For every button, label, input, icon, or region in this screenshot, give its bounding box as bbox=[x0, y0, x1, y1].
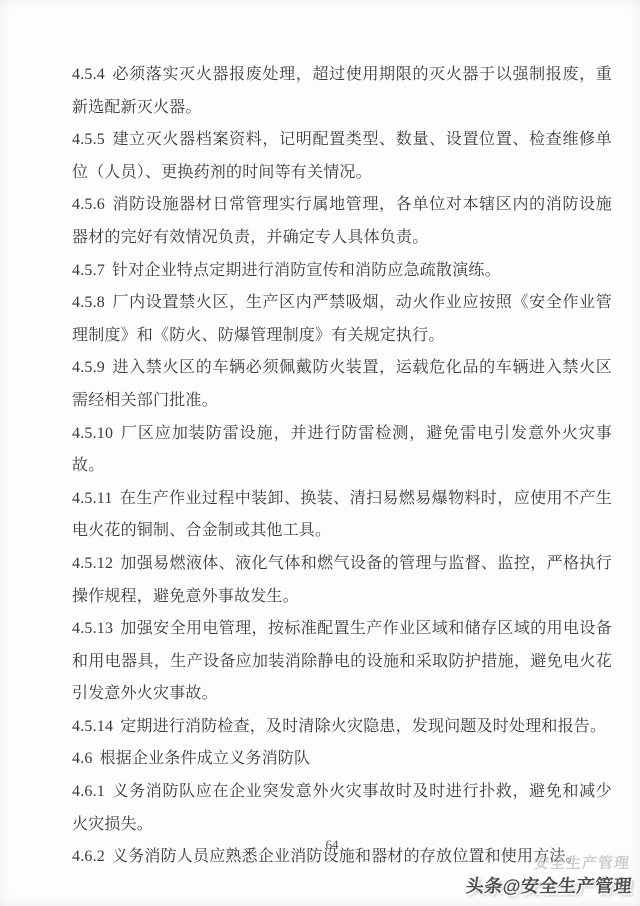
clause-number: 4.5.6 bbox=[72, 196, 105, 213]
clause-number: 4.5.13 bbox=[72, 620, 113, 637]
clause-paragraph: 4.5.7针对企业特点定期进行消防宣传和消防应急疏散演练。 bbox=[72, 255, 612, 288]
clause-number: 4.5.11 bbox=[72, 490, 113, 507]
clause-text: 厂区应加装防雷设施，并进行防雷检测，避免雷电引发意外火灾事故。 bbox=[72, 425, 612, 475]
clause-number: 4.5.8 bbox=[72, 294, 105, 311]
document-body: 4.5.4必须落实灭火器报废处理，超过使用期限的灭火器于以强制报废，重新选配新灭… bbox=[72, 59, 612, 874]
clause-text: 消防设施器材日常管理实行属地管理，各单位对本辖区内的消防设施器材的完好有效情况负… bbox=[72, 196, 612, 246]
clause-text: 进入禁火区的车辆必须佩戴防火装置，运载危化品的车辆进入禁火区需经相关部门批准。 bbox=[72, 359, 612, 409]
document-page: 4.5.4必须落实灭火器报废处理，超过使用期限的灭火器于以强制报废，重新选配新灭… bbox=[0, 0, 640, 906]
clause-number: 4.5.5 bbox=[72, 131, 105, 148]
clause-number: 4.6.1 bbox=[72, 783, 105, 800]
clause-number: 4.5.12 bbox=[72, 555, 113, 572]
clause-paragraph: 4.5.4必须落实灭火器报废处理，超过使用期限的灭火器于以强制报废，重新选配新灭… bbox=[72, 59, 612, 124]
clause-paragraph: 4.6.1义务消防队应在企业突发意外火灾事故时及时进行扑救，避免和减少火灾损失。 bbox=[72, 776, 612, 841]
clause-text: 加强安全用电管理，按标准配置生产作业区域和储存区域的用电设备和用电器具，生产设备… bbox=[72, 620, 612, 702]
clause-number: 4.5.14 bbox=[72, 718, 113, 735]
clause-text: 厂内设置禁火区，生产区内严禁吸烟，动火作业应按照《安全作业管理制度》和《防火、防… bbox=[72, 294, 612, 344]
clause-text: 义务消防人员应熟悉企业消防设施和器材的存放位置和使用方法。 bbox=[112, 848, 582, 865]
clause-paragraph: 4.5.9进入禁火区的车辆必须佩戴防火装置，运载危化品的车辆进入禁火区需经相关部… bbox=[72, 352, 612, 417]
clause-number: 4.6 bbox=[72, 750, 93, 767]
clause-text: 建立灭火器档案资料，记明配置类型、数量、设置位置、检查维修单位（人员）、更换药剂… bbox=[72, 131, 612, 181]
clause-number: 4.5.10 bbox=[72, 425, 113, 442]
clause-paragraph: 4.5.13加强安全用电管理，按标准配置生产作业区域和储存区域的用电设备和用电器… bbox=[72, 613, 612, 711]
clause-text: 必须落实灭火器报废处理，超过使用期限的灭火器于以强制报废，重新选配新灭火器。 bbox=[72, 66, 612, 116]
clause-number: 4.5.4 bbox=[72, 66, 105, 83]
clause-paragraph: 4.5.6消防设施器材日常管理实行属地管理，各单位对本辖区内的消防设施器材的完好… bbox=[72, 189, 612, 254]
clause-paragraph: 4.5.14定期进行消防检查，及时清除火灾隐患，发现问题及时处理和报告。 bbox=[72, 711, 612, 744]
clause-paragraph: 4.5.12加强易燃液体、液化气体和燃气设备的管理与监督、监控，严格执行操作规程… bbox=[72, 548, 612, 613]
clause-paragraph: 4.6根据企业条件成立义务消防队 bbox=[72, 743, 612, 776]
clause-text: 针对企业特点定期进行消防宣传和消防应急疏散演练。 bbox=[112, 262, 501, 279]
clause-paragraph: 4.5.11在生产作业过程中装卸、换装、清扫易燃易爆物料时，应使用不产生电火花的… bbox=[72, 483, 612, 548]
watermark-text: 头条@安全生产管理 bbox=[465, 872, 633, 898]
clause-paragraph: 4.5.10厂区应加装防雷设施，并进行防雷检测，避免雷电引发意外火灾事故。 bbox=[72, 418, 612, 483]
clause-number: 4.6.2 bbox=[72, 848, 105, 865]
page-number: 64 bbox=[326, 837, 339, 853]
clause-number: 4.5.9 bbox=[72, 359, 105, 376]
clause-text: 在生产作业过程中装卸、换装、清扫易燃易爆物料时，应使用不产生电火花的铜制、合金制… bbox=[72, 490, 612, 540]
clause-text: 义务消防队应在企业突发意外火灾事故时及时进行扑救，避免和减少火灾损失。 bbox=[72, 783, 612, 833]
clause-paragraph: 4.6.2义务消防人员应熟悉企业消防设施和器材的存放位置和使用方法。 bbox=[72, 841, 612, 874]
clause-paragraph: 4.5.5建立灭火器档案资料，记明配置类型、数量、设置位置、检查维修单位（人员）… bbox=[72, 124, 612, 189]
clause-text: 定期进行消防检查，及时清除火灾隐患，发现问题及时处理和报告。 bbox=[120, 718, 606, 735]
clause-text: 加强易燃液体、液化气体和燃气设备的管理与监督、监控，严格执行操作规程，避免意外事… bbox=[72, 555, 612, 605]
clause-text: 根据企业条件成立义务消防队 bbox=[100, 750, 311, 767]
clause-paragraph: 4.5.8厂内设置禁火区，生产区内严禁吸烟，动火作业应按照《安全作业管理制度》和… bbox=[72, 287, 612, 352]
clause-number: 4.5.7 bbox=[72, 262, 105, 279]
